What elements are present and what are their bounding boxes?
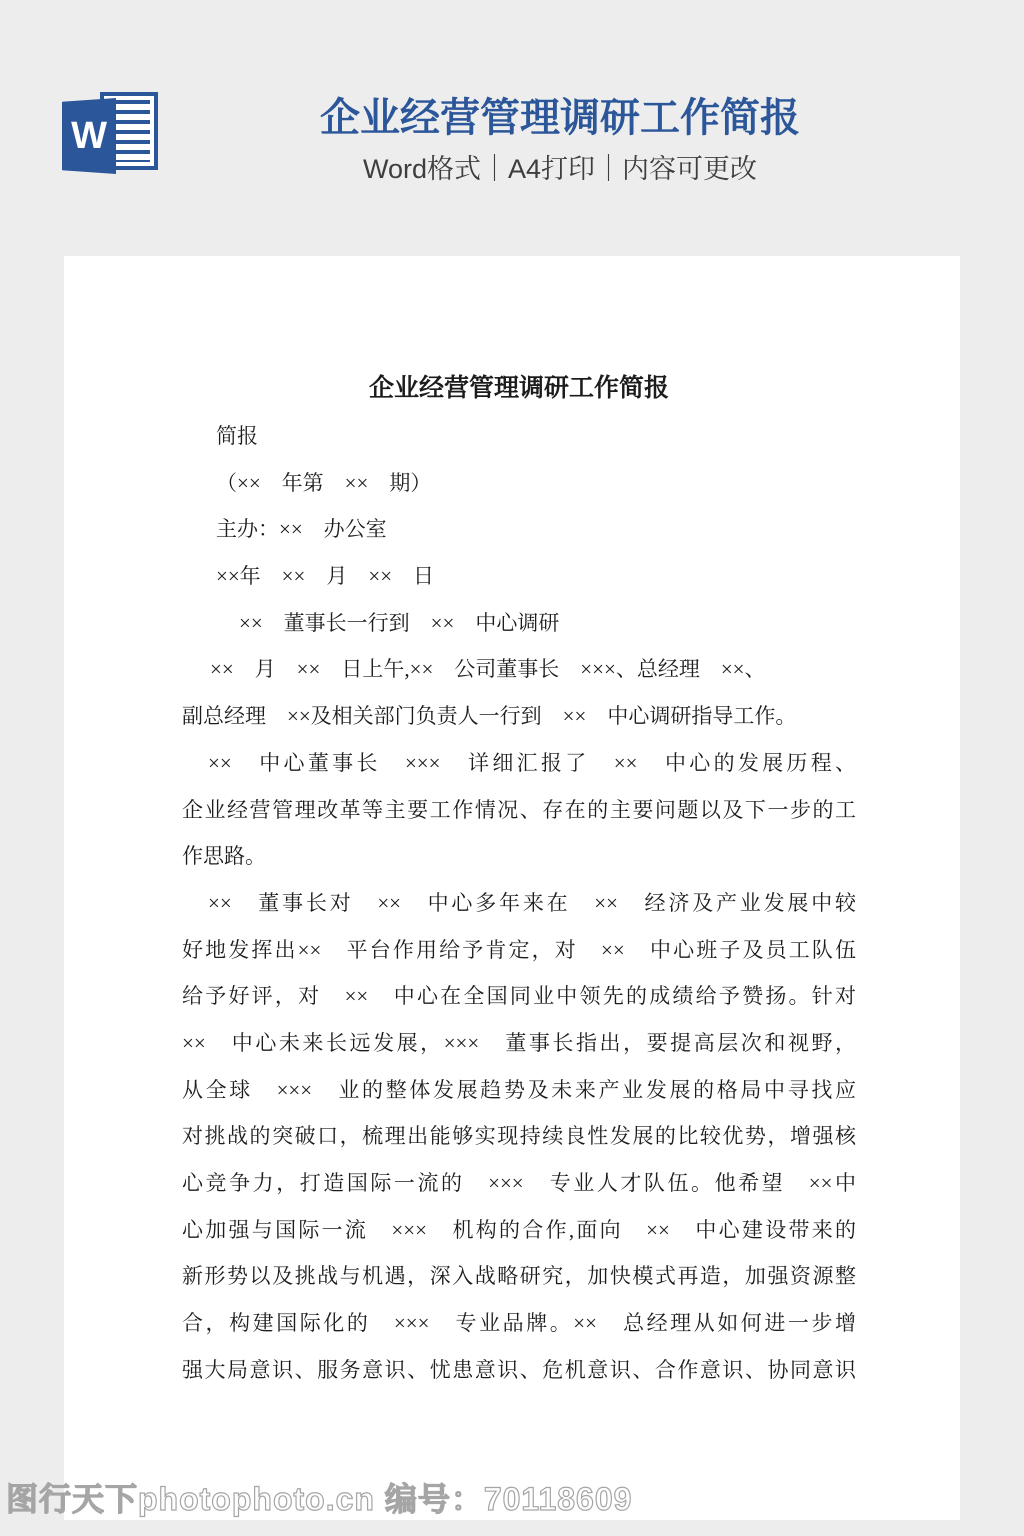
word-icon-cover: W [62,98,116,174]
doc-line: ×× 中心未来长远发展，××× 董事长指出，要提高层次和视野， [182,1020,856,1067]
preview-header: W 企业经营管理调研工作简报 Word格式｜A4打印｜内容可更改 [0,0,1024,256]
word-icon: W [62,92,156,176]
doc-line: ×× 董事长对 ×× 中心多年来在 ×× 经济及产业发展中较 [182,880,856,927]
document-page: 企业经营管理调研工作简报 简报（×× 年第 ×× 期）主办：×× 办公室××年 … [64,256,960,1520]
doc-line: ×× 月 ×× 日上午,×× 公司董事长 ×××、总经理 ××、 [182,646,856,693]
doc-line: 从全球 ××× 业的整体发展趋势及未来产业发展的格局中寻找应 [182,1067,856,1114]
doc-line: 强大局意识、服务意识、忧患意识、危机意识、合作意识、协同意识 [182,1347,856,1394]
doc-line: 简报 [182,413,856,460]
template-title: 企业经营管理调研工作简报 [160,92,960,144]
doc-line: 主办：×× 办公室 [182,506,856,553]
doc-line: 对挑战的突破口，梳理出能够实现持续良性发展的比较优势，增强核 [182,1113,856,1160]
doc-line: （×× 年第 ×× 期） [182,460,856,507]
doc-line: 合，构建国际化的 ××× 专业品牌。×× 总经理从如何进一步增 [182,1300,856,1347]
header-text-block: 企业经营管理调研工作简报 Word格式｜A4打印｜内容可更改 [160,92,960,185]
doc-line: 给予好评，对 ×× 中心在全国同业中领先的成绩给予赞扬。针对 [182,973,856,1020]
watermark-text: 图行天下photophoto.cn 编号：70118609 [6,1481,632,1521]
doc-line: 新形势以及挑战与机遇，深入战略研究，加快模式再造，加强资源整 [182,1253,856,1300]
doc-line: 心加强与国际一流 ××× 机构的合作,面向 ×× 中心建设带来的 [182,1207,856,1254]
document-body: 简报（×× 年第 ×× 期）主办：×× 办公室××年 ×× 月 ×× 日×× 董… [182,413,856,1393]
doc-line: 好地发挥出×× 平台作用给予肯定，对 ×× 中心班子及员工队伍 [182,927,856,974]
template-subtitle: Word格式｜A4打印｜内容可更改 [160,153,960,185]
doc-line: ×× 董事长一行到 ×× 中心调研 [182,600,856,647]
doc-line: 心竞争力，打造国际一流的 ××× 专业人才队伍。他希望 ××中 [182,1160,856,1207]
doc-line: ×× 中心董事长 ××× 详细汇报了 ×× 中心的发展历程、 [182,740,856,787]
word-icon-letter: W [71,117,107,155]
doc-line: ××年 ×× 月 ×× 日 [182,553,856,600]
document-title: 企业经营管理调研工作简报 [182,364,856,413]
doc-line: 作思路。 [182,833,856,880]
doc-line: 副总经理 ××及相关部门负责人一行到 ×× 中心调研指导工作。 [182,693,856,740]
doc-line: 企业经营管理改革等主要工作情况、存在的主要问题以及下一步的工 [182,787,856,834]
